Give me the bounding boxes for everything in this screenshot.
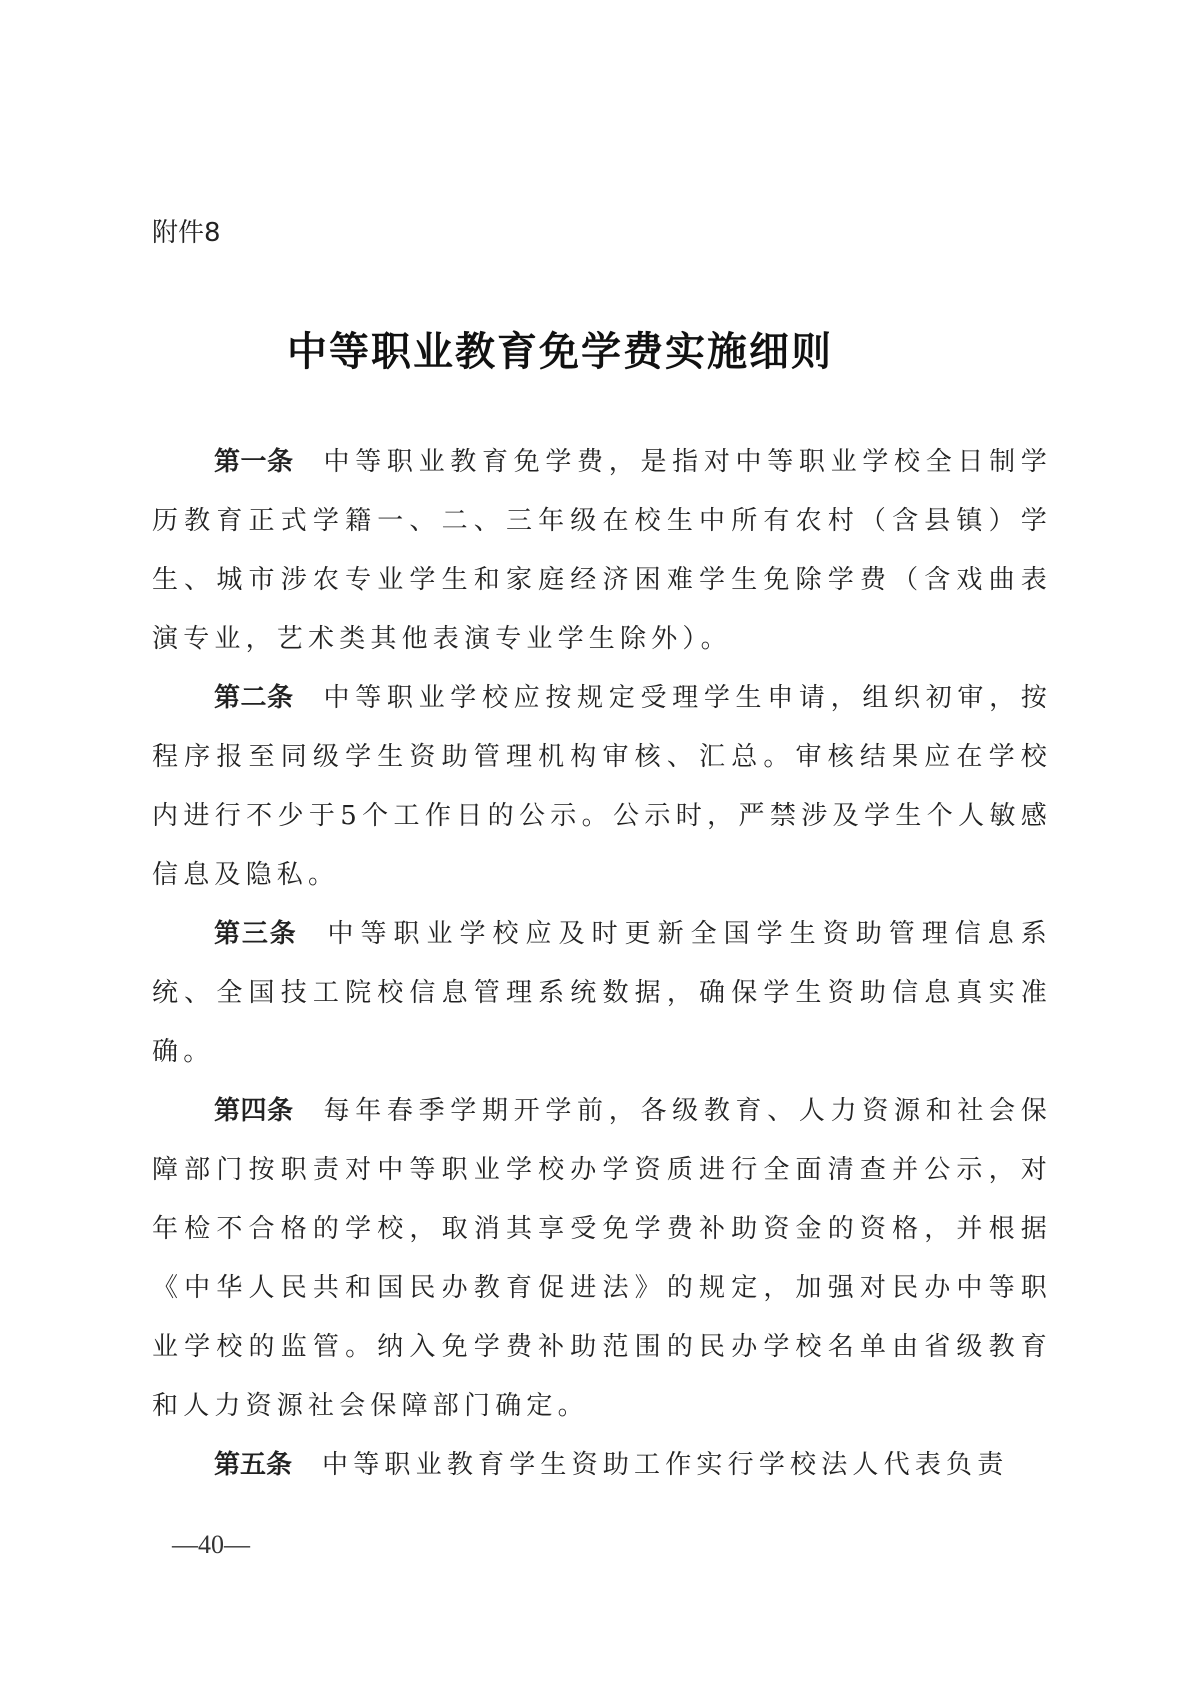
article-text: 中等职业学校应按规定受理学生申请，组织初审，按程序报至同级学生资助管理机构审核、… [152, 683, 1052, 890]
article-label: 第二条 [214, 683, 294, 713]
article-label: 第五条 [214, 1450, 292, 1480]
document-body: 第一条中等职业教育免学费，是指对中等职业学校全日制学历教育正式学籍一、二、三年级… [152, 433, 1052, 1495]
article-label: 第一条 [214, 447, 294, 477]
page-number: —40— [172, 1530, 250, 1560]
article-5: 第五条中等职业教育学生资助工作实行学校法人代表负责 [152, 1436, 1052, 1495]
article-label: 第三条 [214, 919, 297, 949]
article-text: 中等职业教育学生资助工作实行学校法人代表负责 [322, 1450, 1008, 1480]
article-4: 第四条每年春季学期开学前，各级教育、人力资源和社会保障部门按职责对中等职业学校办… [152, 1082, 1052, 1436]
article-2: 第二条中等职业学校应按规定受理学生申请，组织初审，按程序报至同级学生资助管理机构… [152, 669, 1052, 905]
article-1: 第一条中等职业教育免学费，是指对中等职业学校全日制学历教育正式学籍一、二、三年级… [152, 433, 1052, 669]
article-text: 中等职业教育免学费，是指对中等职业学校全日制学历教育正式学籍一、二、三年级在校生… [152, 447, 1052, 654]
article-3: 第三条中等职业学校应及时更新全国学生资助管理信息系统、全国技工院校信息管理系统数… [152, 905, 1052, 1082]
article-text: 每年春季学期开学前，各级教育、人力资源和社会保障部门按职责对中等职业学校办学资质… [152, 1096, 1052, 1421]
article-label: 第四条 [214, 1096, 294, 1126]
document-title: 中等职业教育免学费实施细则 [0, 320, 1120, 377]
attachment-label: 附件8 [152, 212, 221, 249]
